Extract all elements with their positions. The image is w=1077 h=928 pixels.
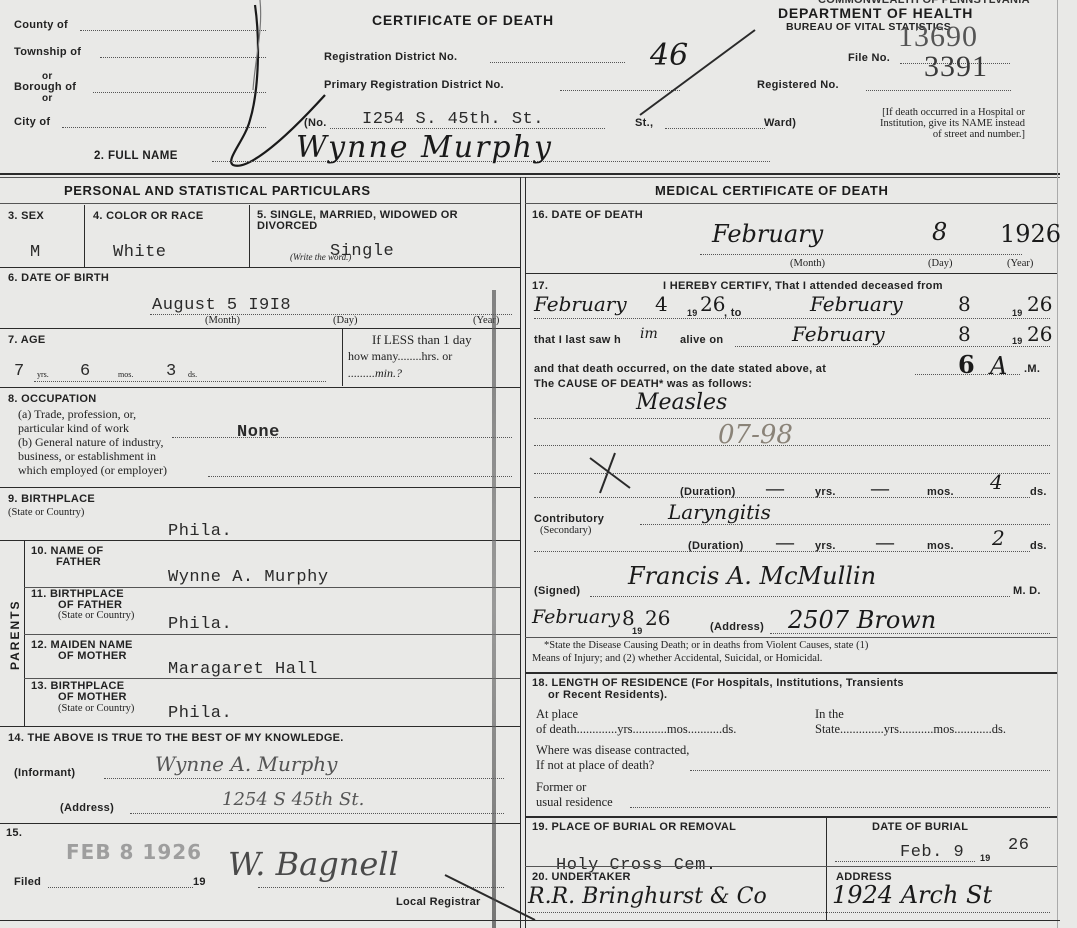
father-name-value[interactable]: Wynne A. Murphy bbox=[168, 568, 329, 587]
at-place-line2[interactable]: of death.............yrs...........mos..… bbox=[536, 722, 736, 737]
divider bbox=[0, 726, 520, 727]
father-birthplace-sub: (State or Country) bbox=[58, 610, 134, 621]
last-saw-label: that I last saw h bbox=[534, 334, 621, 346]
divider bbox=[0, 540, 520, 541]
race-value[interactable]: White bbox=[113, 243, 167, 262]
mother-birthplace-value[interactable]: Phila. bbox=[168, 704, 232, 723]
column-divider bbox=[520, 177, 521, 928]
nineteen-prefix: 19 bbox=[632, 626, 643, 636]
residence-label-2: or Recent Residents). bbox=[548, 689, 667, 701]
undertaker-label: 20. UNDERTAKER bbox=[532, 871, 631, 883]
alive-on-label: alive on bbox=[680, 334, 723, 346]
duration-field bbox=[534, 497, 1030, 498]
burial-date-value[interactable]: Feb. 9 bbox=[900, 843, 964, 862]
age-less-line3: .........min.? bbox=[348, 366, 402, 381]
st-label: St., bbox=[635, 117, 653, 129]
primary-duration-ds[interactable]: 4 bbox=[990, 470, 1003, 494]
footnote-line-2: Means of Injury; and (2) whether Acciden… bbox=[532, 653, 822, 664]
death-occurred-label: and that death occurred, on the date sta… bbox=[534, 363, 826, 375]
township-label: Township of bbox=[14, 46, 81, 58]
cell-divider bbox=[826, 816, 827, 920]
occupation-a-line1: (a) Trade, profession, or, bbox=[18, 407, 136, 422]
at-place-line1: At place bbox=[536, 707, 578, 722]
death-time[interactable]: 6 bbox=[958, 350, 975, 379]
registration-district-field[interactable] bbox=[490, 62, 625, 63]
informant-address-value[interactable]: 1254 S 45th St. bbox=[222, 789, 364, 810]
divider bbox=[0, 173, 1060, 175]
filing-number: 15. bbox=[6, 827, 22, 839]
certificate-title: CERTIFICATE OF DEATH bbox=[372, 12, 554, 28]
hospital-note: [If death occurred in a Hospital or Inst… bbox=[880, 107, 1025, 140]
physician-address-field bbox=[770, 633, 1050, 634]
contracted-line2: If not at place of death? bbox=[536, 758, 654, 773]
fold-crease bbox=[492, 290, 496, 928]
personal-section-title: PERSONAL AND STATISTICAL PARTICULARS bbox=[64, 183, 371, 198]
occupation-value[interactable]: None bbox=[237, 423, 280, 442]
filed-year-prefix: 19 bbox=[193, 876, 206, 888]
last-saw-field bbox=[735, 346, 1050, 347]
occupation-label: 8. OCCUPATION bbox=[8, 393, 96, 405]
in-state-line2[interactable]: State..............yrs...........mos....… bbox=[815, 722, 1006, 737]
contributory-sub: (Secondary) bbox=[540, 525, 591, 536]
cell-divider bbox=[84, 205, 85, 267]
occupation-a-field bbox=[172, 437, 512, 438]
duration-field bbox=[534, 551, 1030, 552]
signed-date-year[interactable]: 26 bbox=[645, 606, 670, 630]
divider bbox=[24, 678, 520, 679]
in-state-line1: In the bbox=[815, 707, 844, 722]
death-ampm[interactable]: A bbox=[990, 352, 1007, 380]
sex-value[interactable]: M bbox=[30, 243, 41, 262]
mother-name-label-2: OF MOTHER bbox=[58, 650, 127, 662]
cause-line-1 bbox=[534, 418, 1050, 419]
occupation-b-line2: business, or establishment in bbox=[18, 449, 156, 464]
secondary-duration-ds[interactable]: 2 bbox=[992, 526, 1005, 550]
attended-field bbox=[534, 318, 1050, 319]
occupation-b-line1: (b) General nature of industry, bbox=[18, 435, 164, 450]
cell-divider bbox=[24, 540, 25, 726]
last-saw-day[interactable]: 8 bbox=[958, 322, 971, 346]
marital-label: 5. SINGLE, MARRIED, WIDOWED OR DIVORCED bbox=[257, 210, 519, 232]
contributory-label: Contributory bbox=[534, 513, 604, 525]
cause-value[interactable]: Measles bbox=[636, 390, 727, 415]
dob-label: 6. DATE OF BIRTH bbox=[8, 272, 109, 284]
divider bbox=[0, 920, 1060, 921]
file-no-label: File No. bbox=[848, 52, 890, 64]
registered-no-field[interactable] bbox=[866, 90, 1011, 91]
or-text: or bbox=[42, 93, 53, 104]
undertaker-value[interactable]: R.R. Bringhurst & Co bbox=[528, 884, 767, 909]
pencil-code: 07-98 bbox=[718, 420, 793, 450]
death-certificate: COMMONWEALTH OF PENNSYLVANIA County of T… bbox=[0, 0, 1077, 928]
divider bbox=[0, 177, 1060, 178]
age-less-line2: how many........hrs. or bbox=[348, 349, 452, 364]
birthplace-value[interactable]: Phila. bbox=[168, 522, 232, 541]
cell-divider bbox=[249, 205, 250, 267]
ward-field[interactable] bbox=[665, 128, 765, 129]
former-line1: Former or bbox=[536, 780, 586, 795]
dod-day[interactable]: 8 bbox=[932, 218, 947, 246]
registrar-signature[interactable]: W. Bagnell bbox=[228, 845, 399, 883]
contracted-field[interactable] bbox=[690, 770, 1050, 771]
street-value: I254 S. 45th. St. bbox=[362, 110, 544, 129]
age-field bbox=[34, 381, 326, 382]
county-label: County of bbox=[14, 19, 68, 31]
signed-date-month[interactable]: February bbox=[532, 606, 620, 628]
physician-signature[interactable]: Francis A. McMullin bbox=[628, 562, 876, 590]
burial-place-label: 19. PLACE OF BURIAL OR REMOVAL bbox=[532, 821, 736, 833]
divider bbox=[0, 328, 520, 329]
file-number-stamp: 13690 bbox=[898, 20, 978, 54]
divider bbox=[525, 273, 1057, 274]
divider bbox=[0, 387, 520, 388]
divider bbox=[525, 866, 1057, 867]
nineteen-prefix: 19 bbox=[980, 853, 991, 863]
footnote-line-1: *State the Disease Causing Death; or in … bbox=[544, 640, 868, 651]
occupation-b-line3: which employed (or employer) bbox=[18, 463, 167, 478]
divider bbox=[0, 203, 520, 204]
contributory-field bbox=[640, 524, 1050, 525]
cert-text: I HEREBY CERTIFY, That I attended deceas… bbox=[663, 280, 943, 292]
mother-birthplace-label-2: OF MOTHER bbox=[58, 691, 127, 703]
dod-label: 16. DATE OF DEATH bbox=[532, 209, 643, 221]
former-line2: usual residence bbox=[536, 795, 613, 810]
ds-label: ds. bbox=[1030, 540, 1047, 552]
burial-date-label: DATE OF BURIAL bbox=[872, 821, 968, 833]
divider bbox=[0, 823, 520, 824]
mother-birthplace-sub: (State or Country) bbox=[58, 703, 134, 714]
department-heading: DEPARTMENT OF HEALTH bbox=[778, 5, 973, 21]
informant-statement: 14. THE ABOVE IS TRUE TO THE BEST OF MY … bbox=[8, 732, 344, 744]
borough-label: Borough of bbox=[14, 81, 76, 93]
signed-field bbox=[590, 596, 1010, 597]
informant-label: (Informant) bbox=[14, 767, 75, 779]
filed-field bbox=[48, 887, 193, 888]
street-number-label: (No. bbox=[304, 117, 327, 129]
nineteen-prefix: 19 bbox=[1012, 336, 1023, 346]
divider bbox=[0, 487, 520, 488]
parents-side-label: PARENTS bbox=[8, 600, 22, 670]
cell-divider bbox=[342, 328, 343, 386]
nineteen-prefix: 19 bbox=[1012, 308, 1023, 318]
attended-from-year[interactable]: 26 bbox=[700, 292, 725, 316]
birthplace-sub: (State or Country) bbox=[8, 507, 84, 518]
year-hint: (Year) bbox=[1007, 258, 1033, 269]
dod-field bbox=[700, 254, 1022, 255]
filed-label: Filed bbox=[14, 876, 41, 888]
cause-label: The CAUSE OF DEATH* was as follows: bbox=[534, 378, 752, 390]
divider bbox=[0, 267, 520, 268]
registered-no-label: Registered No. bbox=[757, 79, 839, 91]
city-label: City of bbox=[14, 116, 50, 128]
page-edge bbox=[1057, 0, 1058, 928]
day-hint: (Day) bbox=[928, 258, 953, 269]
attended-to-year[interactable]: 26 bbox=[1027, 292, 1052, 316]
birthplace-label: 9. BIRTHPLACE bbox=[8, 493, 95, 505]
age-days[interactable]: 3 bbox=[166, 362, 177, 381]
medical-section-title: MEDICAL CERTIFICATE OF DEATH bbox=[655, 183, 888, 198]
age-less-line1: If LESS than 1 day bbox=[372, 332, 472, 348]
former-residence-field[interactable] bbox=[630, 807, 1050, 808]
occupation-b-field[interactable] bbox=[208, 476, 512, 477]
marital-value[interactable]: Single bbox=[330, 242, 394, 261]
divider bbox=[24, 634, 520, 635]
ds-unit: ds. bbox=[188, 370, 197, 379]
divider bbox=[525, 672, 1057, 674]
burial-year-value[interactable]: 26 bbox=[1008, 836, 1029, 855]
dob-value[interactable]: August 5 I9I8 bbox=[152, 296, 291, 315]
month-hint: (Month) bbox=[790, 258, 825, 269]
dod-year[interactable]: 1926 bbox=[1000, 220, 1061, 248]
yrs-unit: yrs. bbox=[37, 370, 49, 379]
registered-number-stamp: 3391 bbox=[924, 50, 988, 84]
informant-address-label: (Address) bbox=[60, 802, 114, 814]
age-years[interactable]: 7 bbox=[14, 362, 25, 381]
ds-label: ds. bbox=[1030, 486, 1047, 498]
undertaker-field bbox=[528, 912, 1050, 913]
father-birthplace-value[interactable]: Phila. bbox=[168, 615, 232, 634]
divider bbox=[525, 637, 1057, 638]
dod-month[interactable]: February bbox=[712, 220, 823, 248]
registration-district-label: Registration District No. bbox=[324, 51, 457, 63]
contributory-value[interactable]: Laryngitis bbox=[668, 500, 771, 524]
sex-label: 3. SEX bbox=[8, 210, 44, 222]
divider bbox=[525, 816, 1057, 818]
cert-number: 17. bbox=[532, 280, 548, 292]
physician-address-value[interactable]: 2507 Brown bbox=[788, 606, 936, 634]
signed-label: (Signed) bbox=[534, 585, 580, 597]
day-hint: (Day) bbox=[333, 315, 358, 326]
attended-from-month[interactable]: February bbox=[534, 292, 627, 316]
residence-label: 18. LENGTH OF RESIDENCE (For Hospitals, … bbox=[532, 677, 904, 689]
age-label: 7. AGE bbox=[8, 334, 45, 346]
last-saw-pronoun[interactable]: im bbox=[640, 326, 658, 342]
pen-stroke-icon bbox=[630, 25, 760, 120]
undertaker-address-value[interactable]: 1924 Arch St bbox=[832, 881, 992, 909]
attended-to-day[interactable]: 8 bbox=[958, 292, 971, 316]
mos-unit: mos. bbox=[118, 370, 133, 379]
contracted-line1: Where was disease contracted, bbox=[536, 743, 689, 758]
month-hint: (Month) bbox=[205, 315, 240, 326]
informant-address-field bbox=[130, 813, 504, 814]
race-label: 4. COLOR OR RACE bbox=[93, 210, 204, 222]
m-label: .M. bbox=[1024, 363, 1040, 375]
informant-field bbox=[104, 778, 504, 779]
occupation-a-line2: particular kind of work bbox=[18, 421, 129, 436]
md-label: M. D. bbox=[1013, 585, 1041, 597]
filed-date-stamp: FEB 8 1926 bbox=[66, 840, 202, 864]
mother-name-value[interactable]: Maragaret Hall bbox=[168, 660, 318, 679]
attended-to-month[interactable]: February bbox=[810, 292, 903, 316]
cause-line-3 bbox=[534, 473, 1050, 474]
physician-address-label: (Address) bbox=[710, 621, 764, 633]
age-months[interactable]: 6 bbox=[80, 362, 91, 381]
last-saw-month[interactable]: February bbox=[792, 322, 885, 346]
full-name-label: 2. FULL NAME bbox=[94, 150, 178, 162]
informant-signature[interactable]: Wynne A. Murphy bbox=[155, 752, 337, 776]
last-saw-year[interactable]: 26 bbox=[1027, 322, 1052, 346]
nineteen-prefix: 19 bbox=[687, 308, 698, 318]
full-name-value: Wynne Murphy bbox=[296, 130, 553, 165]
father-name-label-2: FATHER bbox=[56, 556, 101, 568]
divider bbox=[525, 203, 1057, 204]
primary-registration-district-label: Primary Registration District No. bbox=[324, 79, 504, 91]
ward-label: Ward) bbox=[764, 117, 796, 129]
attended-from-day[interactable]: 4 bbox=[655, 292, 668, 316]
